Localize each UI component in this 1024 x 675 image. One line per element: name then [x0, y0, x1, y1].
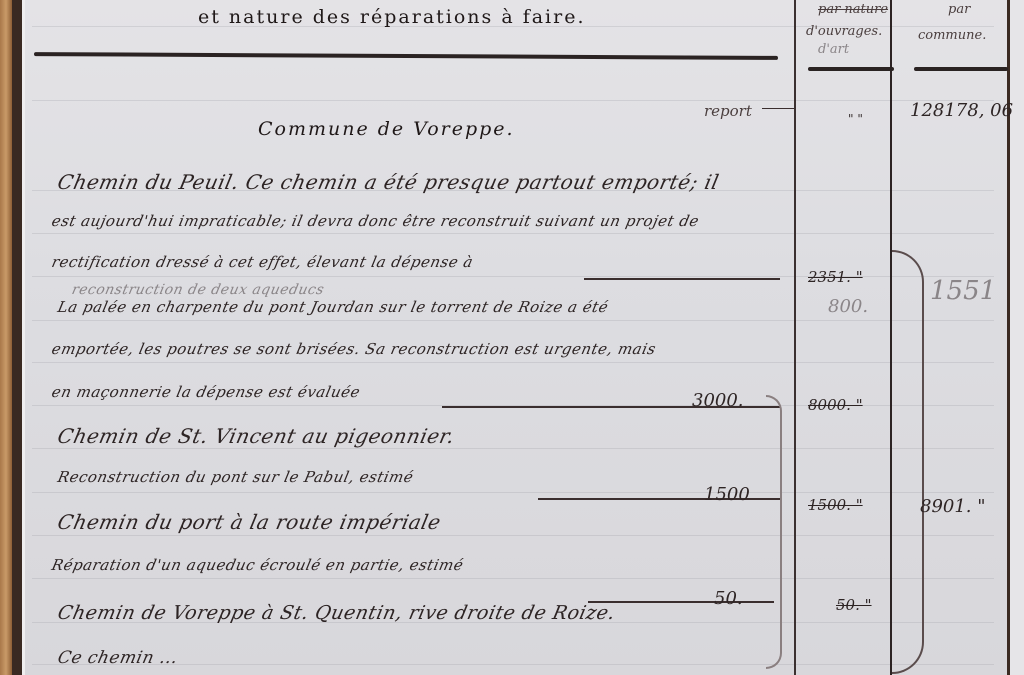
- book-binding: [12, 0, 22, 675]
- amount-detail: 3000.: [692, 390, 744, 411]
- entry-brace: [766, 395, 782, 669]
- entry-line: en maçonnerie la dépense est évaluée: [50, 383, 362, 401]
- col-ouvrages-rule: [808, 67, 894, 71]
- entry-line: est aujourd'hui impraticable; il devra d…: [50, 212, 701, 230]
- col-ouvrages-label: d'ouvrages.: [806, 24, 882, 39]
- report-label: report: [704, 102, 752, 120]
- entry-line: Reconstruction du pont sur le Pabul, est…: [56, 468, 415, 486]
- entry-heading: Chemin de Voreppe à St. Quentin, rive dr…: [56, 602, 618, 624]
- amount-detail: 1500: [704, 484, 750, 505]
- amount-ouvrages: 2351. ": [808, 268, 863, 286]
- group-total-commune: 8901. ": [920, 496, 986, 517]
- col-commune-label-2: commune.: [918, 28, 986, 43]
- col-ouvrages-label-struck: par nature: [818, 2, 888, 17]
- entry-line: rectification dressé à cet effet, élevan…: [50, 253, 475, 271]
- entry-line: La palée en charpente du pont Jourdan su…: [56, 298, 610, 316]
- table-edge: [0, 0, 12, 675]
- entry-heading: Chemin de St. Vincent au pigeonnier.: [55, 424, 457, 448]
- entry-line: Chemin du Peuil. Ce chemin a été presque…: [55, 170, 721, 194]
- amount-commune-pencil: 1551: [930, 276, 996, 306]
- amount-ouvrages-pencil: 800.: [828, 296, 868, 317]
- ledger-page: et nature des réparations à faire. par n…: [22, 0, 1024, 675]
- entry-line: Ce chemin ...: [56, 648, 180, 668]
- col-commune-label-1: par: [948, 2, 970, 17]
- entry-heading: Chemin du port à la route impériale: [55, 510, 443, 534]
- amount-ouvrages: 8000. ": [808, 396, 863, 414]
- column-divider-1: [794, 0, 796, 675]
- section-title: Commune de Voreppe.: [258, 118, 515, 140]
- group-brace: [892, 250, 924, 674]
- amount-ouvrages: 50. ": [836, 596, 872, 614]
- amount-detail: 50.: [714, 588, 743, 609]
- entry-line: Réparation d'un aqueduc écroulé en parti…: [50, 556, 465, 574]
- header-title: et nature des réparations à faire.: [198, 6, 586, 28]
- report-ouvrages: " ": [848, 112, 863, 126]
- pencil-note: reconstruction de deux aqueducs: [70, 282, 325, 298]
- report-commune: 128178, 06: [910, 100, 1013, 121]
- col-commune-rule: [914, 67, 1008, 71]
- header-rule: [34, 52, 778, 60]
- entry-line: emportée, les poutres se sont brisées. S…: [50, 340, 658, 358]
- amount-ouvrages: 1500. ": [808, 496, 863, 514]
- col-ouvrages-pencil: d'art: [818, 42, 849, 57]
